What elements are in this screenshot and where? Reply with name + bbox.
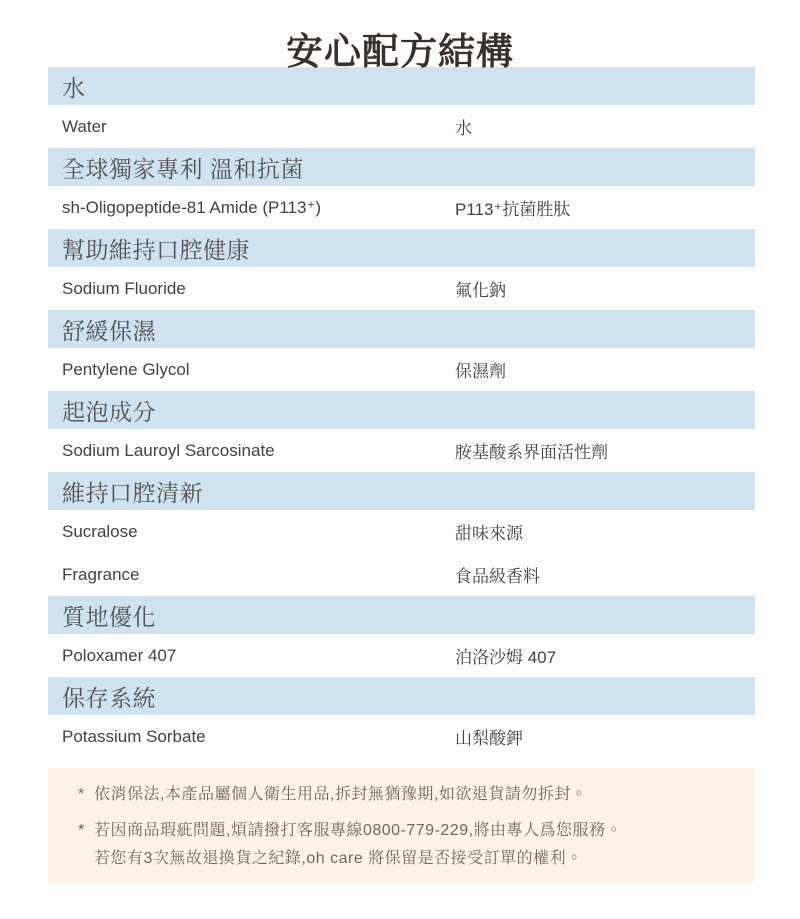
section-header: 質地優化 (48, 596, 755, 634)
section-header: 全球獨家專利 溫和抗菌 (48, 148, 755, 186)
footnote: *若因商品瑕疵問題,煩請撥打客服專線0800-779-229,將由專人爲您服務。… (78, 817, 729, 873)
ingredient-row: Pentylene Glycol保濕劑 (48, 348, 755, 391)
asterisk-marker: * (78, 781, 94, 809)
ingredient-name-en: sh-Oligopeptide-81 Amide (P113⁺) (62, 198, 455, 218)
footnote-line: 若您有3次無故退換貨之紀錄,oh care 將保留是否接受訂單的權利。 (94, 845, 729, 873)
asterisk-marker: * (78, 817, 94, 873)
ingredient-name-en: Sodium Lauroyl Sarcosinate (62, 441, 455, 461)
ingredient-row: Potassium Sorbate山梨酸鉀 (48, 715, 755, 758)
footnote: *依消保法,本產品屬個人衛生用品,拆封無猶豫期,如欲退貨請勿拆封。 (78, 781, 729, 809)
section-header: 維持口腔清新 (48, 472, 755, 510)
ingredient-row: Sucralose甜味來源 (48, 510, 755, 553)
footnote-text: 依消保法,本產品屬個人衛生用品,拆封無猶豫期,如欲退貨請勿拆封。 (94, 781, 729, 809)
ingredient-name-zh: 氟化鈉 (455, 276, 755, 301)
ingredient-name-en: Fragrance (62, 565, 455, 585)
ingredient-name-en: Pentylene Glycol (62, 360, 455, 380)
ingredient-name-en: Water (62, 117, 455, 137)
ingredient-row: sh-Oligopeptide-81 Amide (P113⁺)P113⁺抗菌胜… (48, 186, 755, 229)
ingredient-name-zh: 山梨酸鉀 (455, 724, 755, 749)
section-header: 起泡成分 (48, 391, 755, 429)
ingredient-name-zh: 保濕劑 (455, 357, 755, 382)
footer-notes: *依消保法,本產品屬個人衛生用品,拆封無猶豫期,如欲退貨請勿拆封。*若因商品瑕疵… (48, 768, 755, 883)
footnote-line: 若因商品瑕疵問題,煩請撥打客服專線0800-779-229,將由專人爲您服務。 (94, 817, 729, 845)
formula-structure-page: 安心配方結構 水Water水全球獨家專利 溫和抗菌sh-Oligopeptide… (0, 0, 800, 919)
ingredient-name-en: Sucralose (62, 522, 455, 542)
ingredient-table: 水Water水全球獨家專利 溫和抗菌sh-Oligopeptide-81 Ami… (48, 67, 755, 758)
ingredient-name-zh: 食品級香料 (455, 562, 755, 587)
section-header: 保存系統 (48, 677, 755, 715)
ingredient-name-en: Sodium Fluoride (62, 279, 455, 299)
ingredient-name-en: Poloxamer 407 (62, 646, 455, 666)
footnote-text: 若因商品瑕疵問題,煩請撥打客服專線0800-779-229,將由專人爲您服務。若… (94, 817, 729, 873)
section-header: 舒緩保濕 (48, 310, 755, 348)
ingredient-name-zh: 水 (455, 114, 755, 139)
ingredient-row: Fragrance食品級香料 (48, 553, 755, 596)
section-header: 幫助維持口腔健康 (48, 229, 755, 267)
ingredient-name-zh: 泊洛沙姆 407 (455, 643, 755, 668)
ingredient-row: Poloxamer 407泊洛沙姆 407 (48, 634, 755, 677)
ingredient-name-zh: 甜味來源 (455, 519, 755, 544)
ingredient-row: Water水 (48, 105, 755, 148)
ingredient-row: Sodium Lauroyl Sarcosinate胺基酸系界面活性劑 (48, 429, 755, 472)
ingredient-name-zh: P113⁺抗菌胜肽 (455, 195, 755, 220)
footnote-line: 依消保法,本產品屬個人衛生用品,拆封無猶豫期,如欲退貨請勿拆封。 (94, 781, 729, 809)
ingredient-name-zh: 胺基酸系界面活性劑 (455, 438, 755, 463)
ingredient-name-en: Potassium Sorbate (62, 727, 455, 747)
page-title: 安心配方結構 (0, 0, 800, 67)
ingredient-row: Sodium Fluoride氟化鈉 (48, 267, 755, 310)
